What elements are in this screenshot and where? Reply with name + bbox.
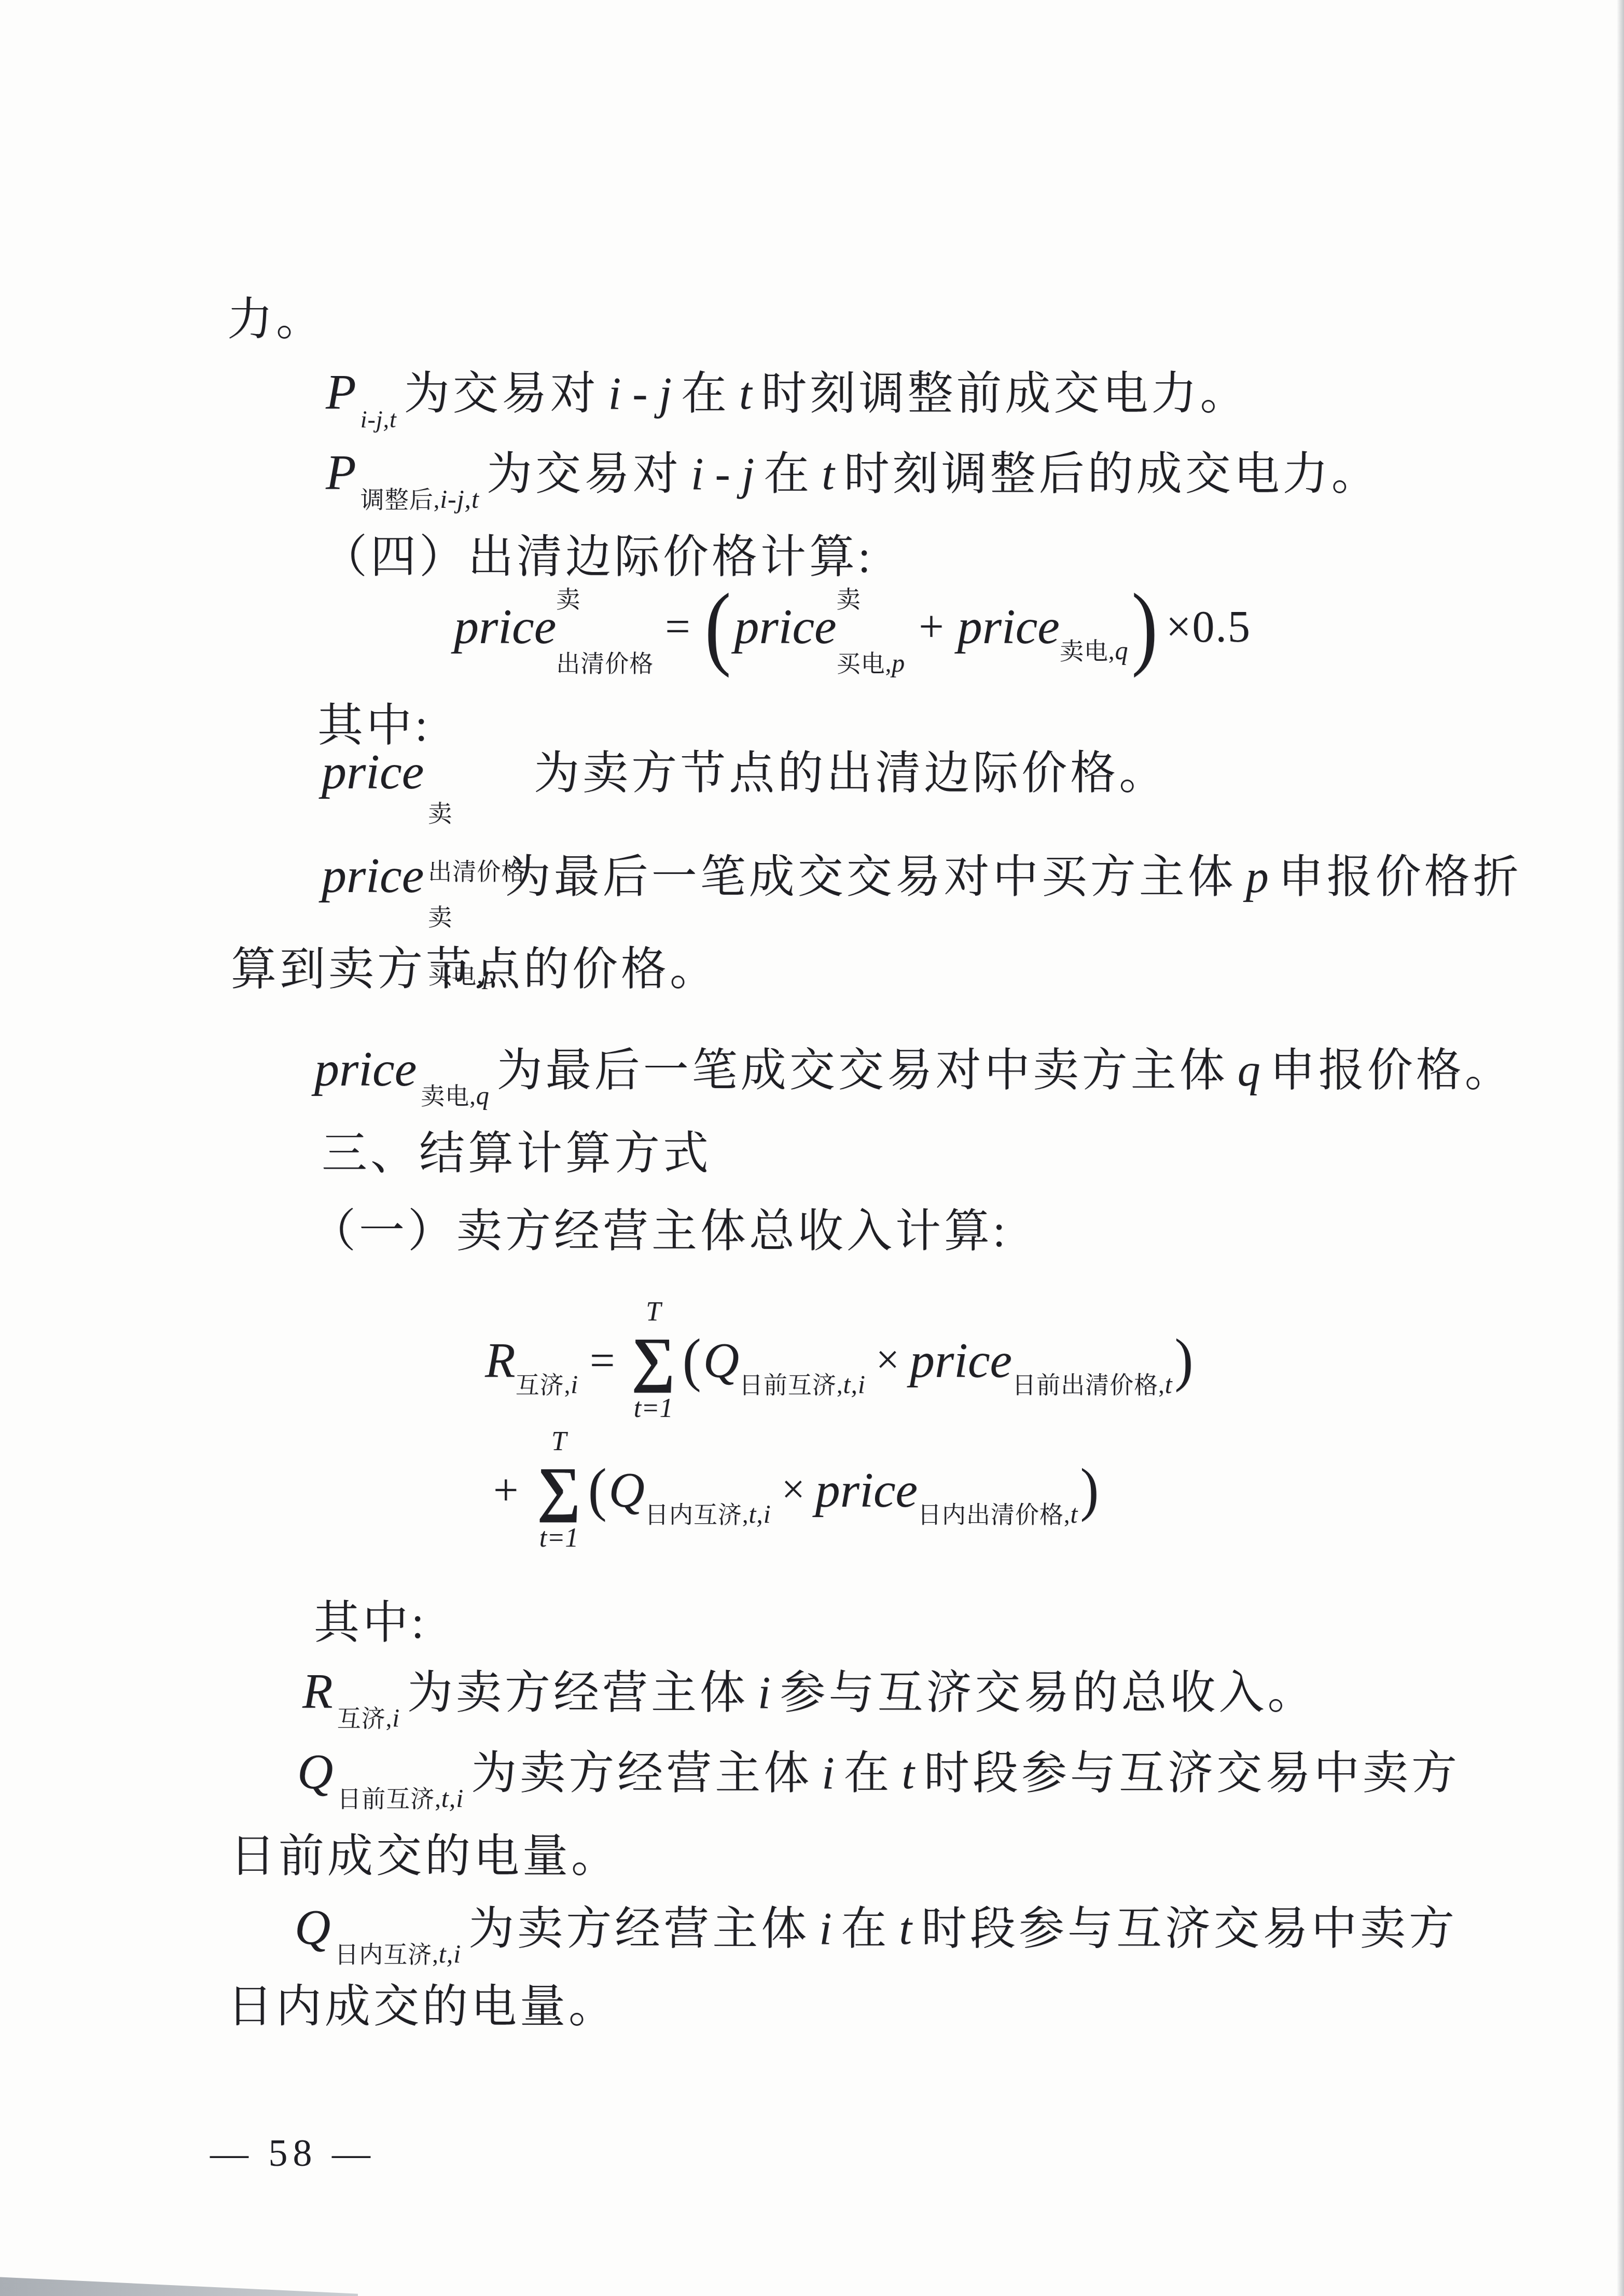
Q-subscript: 日前互济,t,i bbox=[337, 1786, 464, 1812]
var-t: t bbox=[739, 369, 752, 419]
price-supsub: 卖出清价格 bbox=[556, 588, 654, 676]
subscript-it: p bbox=[892, 648, 905, 677]
text-segment: 在 bbox=[681, 369, 730, 419]
var-t: t bbox=[822, 449, 834, 499]
superscript: 卖 bbox=[837, 588, 906, 611]
equals-sign: = bbox=[665, 601, 690, 652]
subscript-it: i bbox=[392, 1703, 400, 1732]
close-paren: ) bbox=[1175, 1331, 1193, 1389]
var-Q: Q bbox=[297, 1744, 333, 1799]
var-i: i bbox=[822, 1748, 834, 1799]
subscript-cn: 卖电, bbox=[421, 1083, 476, 1109]
text-segment: 时刻调整后的成交电力。 bbox=[844, 449, 1380, 499]
var-price: price bbox=[957, 602, 1060, 651]
open-paren: ( bbox=[683, 1331, 701, 1389]
times-sign: × bbox=[876, 1337, 899, 1384]
price-supsub: 卖买电,p bbox=[837, 588, 906, 676]
continuation-Q-dayahead: 日前成交的电量。 bbox=[230, 1819, 620, 1885]
explain-Q-intraday: Q日内互济,t,i为卖方经营主体i在t时段参与互济交易中卖方 bbox=[290, 1892, 1458, 1957]
var-price: price bbox=[314, 1041, 417, 1096]
subscript-cn: 日内出清价格, bbox=[918, 1501, 1071, 1528]
var-price: price bbox=[815, 1465, 918, 1515]
subscript-cn: 买电, bbox=[837, 650, 892, 677]
sigma-symbol: ∑ bbox=[632, 1329, 675, 1390]
text-segment: 为卖方经营主体 bbox=[471, 1748, 812, 1799]
subscript-it: t,i bbox=[441, 1784, 464, 1813]
subscript-it: t,i bbox=[748, 1499, 771, 1528]
sum-lower-limit: t=1 bbox=[539, 1525, 579, 1552]
var-Q: Q bbox=[295, 1899, 330, 1955]
price-subscript: 日前出清价格,t bbox=[1012, 1371, 1172, 1397]
superscript: 卖 bbox=[428, 802, 525, 826]
qizhong-label-2: 其中: bbox=[314, 1586, 427, 1651]
text-segment: 为最后一笔成交交易对中卖方主体 bbox=[497, 1046, 1228, 1096]
formula-clearing-price: price 卖出清价格 = ( price 卖买电,p + price 卖电,q… bbox=[454, 570, 1251, 682]
price-subscript: 卖电,q bbox=[1060, 637, 1129, 663]
var-P: P bbox=[326, 444, 356, 500]
price-subscript: 日内出清价格,t bbox=[918, 1501, 1078, 1527]
equals-sign: = bbox=[590, 1334, 615, 1386]
subscript-cn: 日前互济, bbox=[739, 1372, 843, 1398]
formula-revenue-line1: R 互济,i = T∑t=1 ( Q 日前互济,t,i × price 日前出清… bbox=[485, 1299, 1196, 1421]
subscript-cn: 互济, bbox=[337, 1705, 393, 1732]
var-pair-ij: i - j bbox=[608, 369, 672, 419]
text-segment: 为最后一笔成交交易对中买方主体 bbox=[505, 852, 1237, 902]
text-segment: 在 bbox=[764, 449, 812, 499]
para-p-before: Pi-j,t为交易对i - j在t时刻调整前成交电力。 bbox=[322, 357, 1249, 422]
var-P-subscript: 调整后,i-j,t bbox=[360, 486, 479, 513]
Q-subscript: 日前互济,t,i bbox=[739, 1371, 866, 1397]
text-segment: 申报价格折 bbox=[1278, 852, 1522, 902]
page-number: — 58 — bbox=[210, 2132, 376, 2176]
sum-upper-limit: T bbox=[551, 1428, 566, 1455]
var-R: R bbox=[485, 1335, 516, 1385]
open-paren: ( bbox=[588, 1460, 607, 1519]
var-Q: Q bbox=[703, 1335, 739, 1385]
text-segment: 在 bbox=[844, 1748, 893, 1799]
continuation-Q-intraday: 日内成交的电量。 bbox=[227, 1970, 617, 2035]
var-t: t bbox=[899, 1904, 912, 1954]
explain-R: R互济,i为卖方经营主体i参与互济交易的总收入。 bbox=[298, 1656, 1316, 1721]
text-segment: 在 bbox=[841, 1904, 890, 1954]
formula-revenue-line2: + T∑t=1 ( Q 日内互济,t,i × price 日内出清价格,t ) bbox=[480, 1429, 1101, 1551]
price-subscript: 卖电,q bbox=[421, 1083, 490, 1109]
text-segment: 时刻调整前成交电力。 bbox=[761, 369, 1249, 419]
text-segment: 为卖方节点的出清边际价格。 bbox=[534, 748, 1168, 799]
heading-item-1: （一）卖方经营主体总收入计算: bbox=[310, 1194, 1008, 1260]
subscript: 出清价格 bbox=[556, 652, 654, 676]
explain-sell-price: price卖电,q为最后一笔成交交易对中卖方主体q申报价格。 bbox=[310, 1034, 1514, 1099]
R-subscript: 互济,i bbox=[337, 1705, 400, 1732]
var-price: price bbox=[322, 744, 424, 799]
scanned-document-page: 力。 Pi-j,t为交易对i - j在t时刻调整前成交电力。 P调整后,i-j,… bbox=[0, 0, 1624, 2296]
subscript-cn: 卖电, bbox=[1060, 638, 1115, 664]
text-segment: 参与互济交易的总收入。 bbox=[780, 1668, 1316, 1718]
var-P-subscript: i-j,t bbox=[360, 406, 397, 433]
continuation-line-li: 力。 bbox=[227, 283, 325, 348]
summation: T∑t=1 bbox=[537, 1428, 581, 1552]
subscript-it: t,i bbox=[843, 1370, 865, 1399]
close-paren: ) bbox=[1080, 1460, 1099, 1519]
subscript-it: q bbox=[1115, 636, 1128, 665]
var-price: price bbox=[734, 602, 836, 651]
plus-sign: + bbox=[919, 601, 944, 652]
text-segment: 为卖方经营主体 bbox=[468, 1904, 810, 1954]
subscript-it: t bbox=[1071, 1499, 1078, 1528]
var-q: q bbox=[1238, 1046, 1260, 1096]
sigma-symbol: ∑ bbox=[537, 1458, 581, 1520]
superscript: 卖 bbox=[428, 906, 497, 929]
var-i: i bbox=[758, 1668, 770, 1718]
subscript-cn: 日内互济, bbox=[645, 1501, 749, 1528]
var-price: price bbox=[910, 1335, 1012, 1385]
times-sign: × bbox=[782, 1466, 805, 1513]
var-p: p bbox=[1246, 852, 1269, 902]
text-segment: 时段参与互济交易中卖方 bbox=[924, 1748, 1460, 1799]
var-price: price bbox=[454, 602, 556, 651]
subscript-it: q bbox=[476, 1081, 490, 1110]
var-price: price bbox=[322, 847, 424, 903]
superscript: 卖 bbox=[556, 588, 654, 611]
scan-right-edge-shadow bbox=[1617, 0, 1624, 2296]
var-R: R bbox=[302, 1663, 333, 1719]
subscript-cn: 日前出清价格, bbox=[1012, 1372, 1165, 1398]
subscript-it: i bbox=[571, 1370, 578, 1399]
sum-upper-limit: T bbox=[646, 1299, 661, 1326]
subscript: 买电,p bbox=[837, 650, 906, 676]
R-subscript: 互济,i bbox=[516, 1371, 578, 1397]
var-t: t bbox=[902, 1748, 914, 1799]
text-segment: 申报价格。 bbox=[1270, 1046, 1514, 1096]
Q-subscript: 日内互济,t,i bbox=[645, 1501, 771, 1527]
heading-section-3: 三、结算计算方式 bbox=[322, 1117, 712, 1182]
continuation-buy-price: 算到卖方节点的价格。 bbox=[231, 933, 718, 998]
times-factor: ×0.5 bbox=[1166, 601, 1251, 652]
Q-subscript: 日内互济,t,i bbox=[335, 1941, 461, 1968]
text-segment: 时段参与互济交易中卖方 bbox=[921, 1904, 1458, 1954]
subscript-cn: 互济, bbox=[516, 1372, 571, 1398]
var-i: i bbox=[819, 1904, 831, 1954]
sum-lower-limit: t=1 bbox=[634, 1395, 673, 1422]
summation: T∑t=1 bbox=[632, 1299, 675, 1422]
text-segment: 为卖方经营主体 bbox=[407, 1668, 748, 1718]
plus-sign: + bbox=[493, 1464, 519, 1516]
scan-bottom-left-shadow bbox=[0, 2269, 358, 2296]
var-pair-ij: i - j bbox=[691, 449, 754, 499]
para-p-after: P调整后,i-j,t为交易对i - j在t时刻调整后的成交电力。 bbox=[322, 437, 1380, 503]
subscript-cn: 调整后, bbox=[360, 486, 440, 513]
subscript-it: t bbox=[1165, 1370, 1173, 1399]
subscript-cn: 日内互济, bbox=[335, 1941, 439, 1968]
var-Q: Q bbox=[609, 1465, 645, 1515]
subscript-cn: 日前互济, bbox=[337, 1786, 441, 1812]
explain-Q-dayahead: Q日前互济,t,i为卖方经营主体i在t时段参与互济交易中卖方 bbox=[293, 1736, 1460, 1802]
var-P: P bbox=[326, 364, 356, 420]
close-paren: ) bbox=[1131, 580, 1158, 673]
open-paren: ( bbox=[705, 580, 731, 673]
subscript-it: i-j,t bbox=[440, 484, 479, 513]
text-segment: 为交易对 bbox=[404, 369, 599, 419]
subscript-it: t,i bbox=[439, 1939, 461, 1968]
text-segment: 为交易对 bbox=[487, 449, 682, 499]
